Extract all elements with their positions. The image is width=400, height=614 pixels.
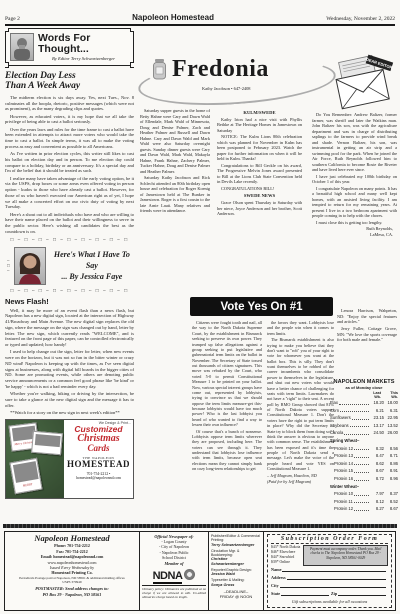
paragraph: I congratulate Napoleon on many points. … — [312, 186, 397, 219]
vote-ad-column-2: the favors they want. Lobbyists lose and… — [267, 320, 334, 522]
paragraph: Grace Olson spent Thursday to Saturday w… — [217, 200, 302, 217]
name-field: Name — [271, 566, 388, 574]
ornament-divider: □ ~ □ ~ □ ~ □ ~ □ ~ □ ~ □ ~ □ ~ □ — [5, 289, 134, 294]
paragraph: I realize many have taken advantage of t… — [5, 176, 134, 211]
ornament-divider: □ ~ □ ~ □ ~ □ ~ □ ~ □ ~ □ ~ □ ~ □ — [5, 238, 134, 243]
corner-ornament — [5, 28, 9, 32]
card-sample: MERRY — [9, 457, 42, 493]
paragraph: The midterm election is six days away. Y… — [5, 95, 134, 112]
paragraph: The Bismarck establishment is also tryin… — [267, 337, 334, 471]
city-field: City — [271, 582, 388, 590]
page-number: Page 2 — [5, 16, 20, 22]
section-heading: KULM/SWEDE — [217, 110, 302, 116]
canning-jar-icon — [152, 58, 167, 85]
dear-editor-graphic: DEAR EDITOR — [330, 52, 396, 114]
christmas-cards-ad: Merry Christmas MERRY We Design & Print.… — [5, 419, 134, 499]
news-flash-body: Well, it may be more of an event flash t… — [5, 308, 134, 416]
masthead-footer: Napoleon Homestead Phone: 701-754-2212 F… — [4, 531, 396, 611]
column-title: Words For Thought... — [38, 33, 129, 54]
paragraph: Kathy Irion had a nice visit with Phylli… — [217, 117, 302, 134]
ad-paid-for: (Paid for by Jeff Magrum) — [267, 479, 334, 484]
paragraph: CONGRATULATIONS BILL! — [217, 186, 302, 192]
page-header: Page 2 Napoleon Homestead Wednesday, Nov… — [5, 6, 395, 26]
ad-signature: – Jeff Magrum, Hazelton, ND — [267, 473, 334, 478]
address-field: Address — [271, 574, 388, 582]
columnist-photo — [14, 247, 46, 285]
table-group-heading: Winter Wheat– — [330, 483, 398, 491]
paragraph: I have just celebrated my 100th birthday… — [312, 174, 397, 185]
jessica-column-title: Here's What I Have To Say ... By Jessica… — [50, 249, 134, 283]
paragraph: I must close this is getting too lengthy… — [312, 220, 397, 226]
paragraph: However, as educated voters, it is my ho… — [5, 114, 134, 126]
section-heading: SWEDE NEWS — [217, 193, 302, 199]
letter-signature: Ruth Reynolds, LaMesa, CA. — [312, 226, 393, 237]
paragraph: **Watch for a story on the new sign in n… — [5, 410, 134, 416]
gift-note: Gift subscriptions available for all occ… — [271, 599, 388, 604]
table-row: Canola24.5026.00 — [330, 429, 398, 437]
testimonial: Lenora Harrison, Wahpeton, ND: "Enjoy th… — [337, 308, 397, 325]
subscription-box: Subscription Order Form $43* North Dakot… — [264, 532, 395, 610]
official-newspaper-box: Official Newspaper of: - Logan County - … — [140, 532, 209, 610]
fredonia-masthead: Fredonia Kathy Jacobson • 647-2408 — [138, 54, 332, 106]
paragraph: Over the years laws and rules for the ti… — [5, 127, 134, 150]
paragraph: Saturday supper guests in the home of Be… — [140, 108, 210, 174]
paragraph: NOTICE: The Kulm Lions 80th celebration … — [217, 134, 302, 162]
fredonia-column-2: KULM/SWEDE Kathy Irion had a nice visit … — [217, 108, 302, 278]
paragraph: Citizens were fought tooth and nail, all… — [192, 320, 262, 428]
paper-name: Napoleon Homestead — [132, 13, 214, 22]
subscription-form-title: Subscription Order Form — [271, 536, 388, 544]
obituary-policy: Obituary policy: Obituaries are publishe… — [142, 585, 206, 599]
paragraph: Of course that's a bunch of nonsense. Lo… — [192, 429, 262, 472]
article-headline: Election Day Less Than A Week Away — [5, 72, 134, 92]
fredonia-contact: Kathy Jacobson • 647-2408 — [202, 86, 251, 91]
table-row: Protein 128.278.67 — [330, 505, 398, 513]
christmas-ad-text: We Design & Print... Customized Christma… — [66, 421, 131, 497]
table-row: Protein 118.128.52 — [330, 498, 398, 506]
masthead-contact-box: Napoleon Homestead Phone: 701-754-2212 F… — [5, 532, 140, 610]
napoleon-markets-table: NAPOLEON MARKETS as of Monday close Last… — [330, 379, 398, 513]
jessica-column-box: ~ □ ~ Here's What I Have To Say ... By J… — [5, 246, 134, 286]
news-flash-heading: News Flash! — [5, 297, 134, 306]
table-row: Soybeans13.1713.52 — [330, 422, 398, 430]
corner-ornament — [130, 62, 134, 68]
table-row: Sunflowers23.1522.95 — [330, 414, 398, 422]
paragraph: Whether you're walking, biking or drivin… — [5, 391, 134, 408]
press-seal-icon — [184, 569, 195, 580]
words-for-thought-box: Words For Thought... By Editor Terry Sch… — [5, 28, 134, 66]
table-row: Flax18.2018.00 — [330, 399, 398, 407]
dear-editor-letter: Do You Remember: Andrew Baltzer, former … — [312, 112, 397, 308]
column-byline: By Editor Terry Schwartzenberger — [38, 56, 129, 61]
reader-testimonials: Lenora Harrison, Wahpeton, ND: "Enjoy th… — [337, 308, 397, 344]
paragraph: Congratulations to Bill Geckle on his aw… — [217, 163, 302, 185]
left-column: Words For Thought... By Editor Terry Sch… — [5, 28, 134, 526]
ornament-side: ~ □ ~ — [7, 258, 10, 273]
testimonial: Jerry Fuller, Cottage Grove, MN: "We lov… — [337, 326, 397, 343]
ndna-logo: NDNA — [153, 571, 183, 584]
editor-photo — [10, 33, 34, 61]
markets-column-headers: Last Wk. This Wk. — [330, 391, 398, 399]
table-row: Protein 148.628.86 — [330, 460, 398, 468]
corner-ornament — [130, 28, 134, 32]
paragraph: Do You Remember: Andrew Baltzer, former … — [312, 112, 397, 173]
state-zip-field: StateZip — [271, 590, 388, 598]
ad-contact: 701-754-2212 • homestead@napoleonnd.com — [66, 472, 131, 480]
table-row: Protein 107.978.37 — [330, 490, 398, 498]
envelope-icon: DEAR EDITOR — [330, 52, 396, 114]
vote-ad-column-1: Citizens were fought tooth and nail, all… — [192, 320, 262, 522]
table-row: Protein 168.728.96 — [330, 475, 398, 483]
table-row: Protein 158.678.91 — [330, 467, 398, 475]
paragraph: Well, it may be more of an event flash t… — [5, 308, 134, 348]
fredonia-title: Fredonia — [172, 56, 269, 83]
paragraph: the favors they want. Lobbyists lose and… — [267, 320, 334, 336]
table-group-heading: Spring Wheat– — [330, 437, 398, 445]
issue-date: Wednesday, November 2, 2022 — [326, 16, 395, 22]
ad-line-cards: Cards — [66, 444, 131, 453]
newspaper-page: Page 2 Napoleon Homestead Wednesday, Nov… — [0, 0, 400, 614]
markets-subtitle: as of Monday close — [330, 385, 398, 390]
table-row: Protein 128.328.56 — [330, 445, 398, 453]
subscription-order-form: Subscription Order Form $43* North Dakot… — [267, 534, 392, 608]
table-row: Protein 138.478.71 — [330, 452, 398, 460]
paragraph: As I've written in prior election cycles… — [5, 151, 134, 174]
subscription-prices: $43* North Dakota $46* Elsewhere $44* Sn… — [271, 545, 300, 566]
corner-ornament — [5, 62, 9, 68]
election-article-body: The midterm election is six days away. Y… — [5, 95, 134, 235]
payment-note: Payment must accompany order. Thank you.… — [303, 545, 388, 566]
section-divider-bar — [3, 524, 397, 528]
vote-yes-banner: Vote Yes On #1 — [190, 297, 333, 316]
paragraph: Saturday Kathy Jacobson and Rick Schlech… — [140, 175, 210, 214]
paragraph: I used to help change out the sign, lett… — [5, 349, 134, 389]
card-sample — [31, 430, 63, 455]
staff-box: Publisher/Editor & Commercial Printing: … — [209, 532, 264, 610]
deadline-note: –DEADLINE– FRIDAY @ NOON — [211, 589, 261, 599]
christmas-cards-photo: Merry Christmas MERRY — [6, 420, 64, 498]
table-row: Corn6.216.31 — [330, 407, 398, 415]
paragraph: Here's a shout out to all individuals wh… — [5, 212, 134, 235]
homestead-logo: HOMESTEAD — [66, 460, 131, 469]
fredonia-column-1: Saturday supper guests in the home of Be… — [140, 108, 210, 268]
